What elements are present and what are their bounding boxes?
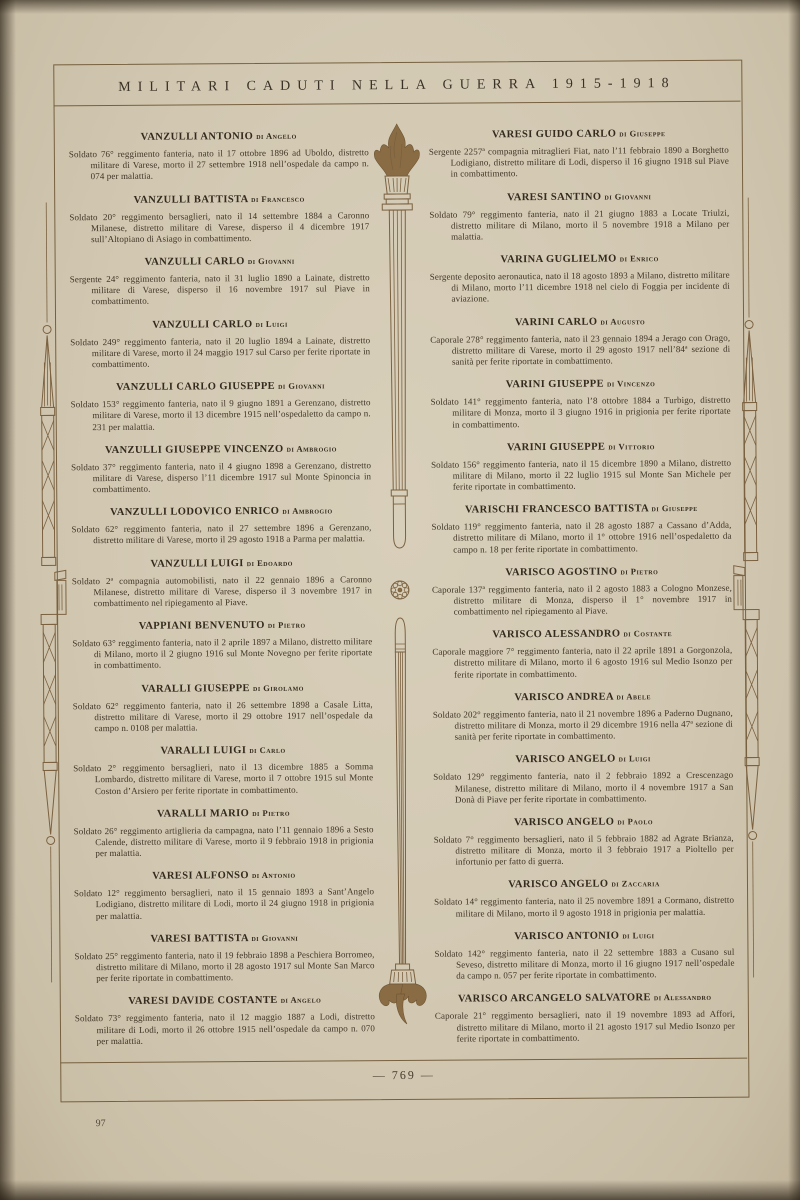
soldier-name: VARISCHI FRANCESCO BATTISTA: [465, 503, 652, 515]
soldier-name: VARESI DAVIDE COSTANTE: [128, 995, 281, 1007]
soldier-name-heading: VANZULLI LUIGI di Edoardo: [72, 557, 372, 571]
soldier-record-text: Soldato 7° reggimento bersaglieri, nato …: [434, 833, 734, 869]
soldier-name-heading: VARINI GIUSEPPE di Vincenzo: [430, 378, 730, 392]
patronymic: di Pietro: [620, 566, 658, 576]
soldier-name-heading: VARESI BATTISTA di Giovanni: [74, 932, 374, 946]
soldier-record-text: Sergente deposito aeronautica, nato il 1…: [430, 270, 730, 306]
patronymic: di Ambrogio: [282, 506, 332, 516]
soldier-entry: VARISCO ARCANGELO SALVATORE di Alessandr…: [435, 992, 735, 1045]
soldier-entry: VARISCO ANTONIO di Luigi Soldato 142° re…: [434, 929, 734, 982]
patronymic: di Luigi: [622, 930, 654, 940]
soldier-record-text: Soldato 119° reggimento fanteria, nato i…: [431, 520, 731, 556]
soldier-name: VARALLI GIUSEPPE: [141, 683, 253, 695]
patronymic: di Antonio: [252, 870, 296, 880]
soldier-entry: VANZULLI BATTISTA di Francesco Soldato 2…: [69, 193, 369, 246]
patronymic: di Giovanni: [604, 191, 651, 201]
soldier-entry: VARESI DAVIDE COSTANTE di Angelo Soldato…: [75, 994, 375, 1047]
soldier-name-heading: VARESI GUIDO CARLO di Giuseppe: [429, 128, 729, 142]
soldier-entry: VANZULLI CARLO di Giovanni Sergente 24° …: [70, 255, 370, 308]
soldier-record-text: Soldato 142° reggimento fanteria, nato i…: [434, 946, 734, 982]
soldier-name: VARINI GIUSEPPE: [506, 379, 607, 391]
soldier-name: VARISCO ANGELO: [515, 754, 618, 766]
soldier-entry: VARALLI GIUSEPPE di Girolamo Soldato 62°…: [73, 682, 373, 735]
soldier-name-heading: VANZULLI CARLO di Luigi: [70, 318, 370, 332]
soldier-name-heading: VARISCO ANGELO di Paolo: [434, 816, 734, 830]
patronymic: di Pietro: [268, 620, 306, 630]
patronymic: di Augusto: [600, 316, 645, 326]
soldier-entry: VAPPIANI BENVENUTO di Pietro Soldato 63°…: [72, 619, 372, 672]
soldier-name-heading: VARESI DAVIDE COSTANTE di Angelo: [75, 994, 375, 1008]
patronymic: di Giovanni: [251, 932, 298, 942]
soldier-entry: VARINI CARLO di Augusto Caporale 278° re…: [430, 315, 730, 368]
soldier-name: VARESI ALFONSO: [152, 870, 252, 882]
fasces-pole-ornament-right: [729, 197, 774, 977]
soldier-name: VARISCO ANGELO: [514, 816, 617, 828]
soldier-record-text: Soldato 37° reggimento fanteria, nato il…: [71, 460, 371, 496]
soldier-entry: VARISCO ANDREA di Abele Soldato 202° reg…: [433, 690, 733, 743]
soldier-record-text: Soldato 141° reggimento fanteria, nato l…: [431, 395, 731, 431]
soldier-entry: VARISCO ANGELO di Paolo Soldato 7° reggi…: [434, 816, 734, 869]
soldier-name-heading: VARISCO ANDREA di Abele: [433, 690, 733, 704]
soldier-record-text: Soldato 14° reggimento fanteria, nato il…: [434, 895, 734, 919]
soldier-name: VANZULLI LUIGI: [150, 558, 246, 570]
soldier-entry: VARESI GUIDO CARLO di Giuseppe Sergente …: [429, 128, 729, 181]
soldier-record-text: Soldato 12° reggimento bersaglieri, nato…: [74, 886, 374, 922]
soldier-name-heading: VARISCO ALESSANDRO di Costante: [432, 628, 732, 642]
soldier-name: VARISCO ARCANGELO SALVATORE: [458, 993, 654, 1005]
soldier-record-text: Caporale 137ª reggimento fanteria, nato …: [432, 582, 732, 618]
patronymic: di Francesco: [251, 193, 305, 203]
fasces-pole-ornament-left: [25, 202, 70, 982]
soldier-name: VARALLI LUIGI: [160, 745, 249, 757]
soldier-name-heading: VANZULLI LODOVICO ENRICO di Ambrogio: [71, 505, 371, 519]
patronymic: di Enrico: [620, 253, 659, 263]
soldier-entry: VARISCO ALESSANDRO di Costante Caporale …: [432, 628, 732, 681]
soldier-record-text: Caporale maggiore 7° reggimento fanteria…: [432, 645, 732, 681]
soldier-name-heading: VANZULLI CARLO di Giovanni: [70, 255, 370, 269]
soldier-record-text: Soldato 156° reggimento fanteria, nato i…: [431, 457, 731, 493]
soldier-record-text: Soldato 62° reggimento fanteria, nato il…: [73, 699, 373, 735]
soldier-entry: VARESI SANTINO di Giovanni Soldato 79° r…: [429, 190, 729, 243]
patronymic: di Costante: [623, 628, 672, 638]
soldier-record-text: Soldato 129° reggimento fanteria, nato i…: [433, 770, 733, 806]
soldier-record-text: Soldato 76° reggimento fanteria, nato il…: [69, 147, 369, 183]
soldier-name: VARINI CARLO: [515, 316, 601, 328]
soldier-record-text: Soldato 2ª compagnia automobilisti, nato…: [72, 574, 372, 610]
patronymic: di Edoardo: [247, 557, 293, 567]
soldier-name: VANZULLI CARLO: [145, 256, 248, 268]
soldier-record-text: Soldato 26° reggimento artiglieria da ca…: [74, 824, 374, 860]
soldier-record-text: Soldato 2° reggimento bersaglieri, nato …: [73, 761, 373, 797]
patronymic: di Luigi: [256, 318, 288, 328]
patronymic: di Giuseppe: [619, 128, 665, 138]
soldier-name-heading: VARESI SANTINO di Giovanni: [429, 190, 729, 204]
torch-column-ornament: [369, 122, 431, 1042]
soldier-name: VANZULLI CARLO: [152, 319, 255, 331]
soldier-name: VANZULLI BATTISTA: [134, 194, 252, 206]
soldier-name-heading: VAPPIANI BENVENUTO di Pietro: [72, 619, 372, 633]
soldier-entry: VARISCO AGOSTINO di Pietro Caporale 137ª…: [432, 565, 732, 618]
patronymic: di Ambrogio: [287, 443, 337, 453]
soldier-entry: VANZULLI CARLO GIUSEPPE di Giovanni Sold…: [70, 380, 370, 433]
soldier-record-text: Soldato 153° reggimento fanteria, nato i…: [71, 397, 371, 433]
soldier-entry: VANZULLI LODOVICO ENRICO di Ambrogio Sol…: [71, 505, 371, 546]
soldier-entry: VANZULLI GIUSEPPE VINCENZO di Ambrogio S…: [71, 443, 371, 496]
soldier-name-heading: VARINA GUGLIELMO di Enrico: [430, 253, 730, 267]
soldier-entry: VARISCHI FRANCESCO BATTISTA di Giuseppe …: [431, 503, 731, 556]
soldier-name: VANZULLI CARLO GIUSEPPE: [116, 381, 278, 393]
soldier-name-heading: VARALLI MARIO di Pietro: [73, 807, 373, 821]
patronymic: di Giovanni: [248, 256, 295, 266]
soldier-record-text: Caporale 278° reggimento fanteria, nato …: [430, 332, 730, 368]
soldier-record-text: Soldato 249° reggimento fanteria, nato i…: [70, 335, 370, 371]
soldier-name-heading: VARISCO ANTONIO di Luigi: [434, 929, 734, 943]
patronymic: di Paolo: [617, 816, 653, 826]
soldier-name: VARISCO ANTONIO: [514, 930, 622, 942]
soldier-entry: VANZULLI CARLO di Luigi Soldato 249° reg…: [70, 318, 370, 371]
soldier-record-text: Soldato 20° reggimento bersaglieri, nato…: [69, 210, 369, 246]
soldier-record-text: Soldato 202° reggimento fanteria, nato i…: [433, 708, 733, 744]
soldier-record-text: Soldato 62° reggimento fanteria, nato il…: [71, 522, 371, 546]
right-column: VARESI GUIDO CARLO di Giuseppe Sergente …: [429, 128, 735, 1057]
soldier-name: VARISCO ANDREA: [514, 691, 616, 703]
soldier-name: VARESI BATTISTA: [150, 933, 251, 945]
soldier-name: VARISCO ANGELO: [508, 879, 611, 891]
soldier-name-heading: VARINI GIUSEPPE di Vittorio: [431, 440, 731, 454]
patronymic: di Abele: [616, 691, 651, 701]
patronymic: di Carlo: [249, 745, 285, 755]
soldier-record-text: Soldato 63° reggimento fanteria, nato il…: [72, 636, 372, 672]
soldier-name: VANZULLI GIUSEPPE VINCENZO: [105, 443, 287, 455]
soldier-entry: VARISCO ANGELO di Zaccaria Soldato 14° r…: [434, 878, 734, 919]
soldier-name-heading: VARINI CARLO di Augusto: [430, 315, 730, 329]
page-sheet: MILITARI CADUTI NELLA GUERRA 1915-1918 V…: [0, 0, 800, 1200]
soldier-name: VARINI GIUSEPPE: [507, 441, 608, 453]
patronymic: di Vittorio: [608, 441, 655, 451]
patronymic: di Angelo: [281, 995, 322, 1005]
patronymic: di Girolamo: [253, 682, 304, 692]
soldier-record-text: Sergente 2257ª compagnia mitraglieri Fia…: [429, 145, 729, 181]
left-column: VANZULLI ANTONIO di Angelo Soldato 76° r…: [69, 130, 375, 1056]
scanned-page: MILITARI CADUTI NELLA GUERRA 1915-1918 V…: [0, 0, 800, 1200]
soldier-record-text: Soldato 73° reggimento fanteria, nato il…: [75, 1012, 375, 1048]
soldier-name: VANZULLI LODOVICO ENRICO: [110, 506, 282, 518]
patronymic: di Vincenzo: [607, 378, 655, 388]
patronymic: di Angelo: [256, 131, 297, 141]
soldier-name: VARALLI MARIO: [157, 808, 252, 820]
soldier-entry: VARINI GIUSEPPE di Vincenzo Soldato 141°…: [430, 378, 730, 431]
patronymic: di Giuseppe: [651, 503, 697, 513]
soldier-name-heading: VARISCO ANGELO di Zaccaria: [434, 878, 734, 892]
soldier-entry: VANZULLI LUIGI di Edoardo Soldato 2ª com…: [72, 557, 372, 610]
soldier-name-heading: VANZULLI BATTISTA di Francesco: [69, 193, 369, 207]
soldier-record-text: Caporale 21° reggimento bersaglieri, nat…: [435, 1009, 735, 1045]
signature-number: 97: [96, 1118, 106, 1129]
soldier-name: VARISCO ALESSANDRO: [492, 629, 623, 641]
soldier-name-heading: VARISCO AGOSTINO di Pietro: [432, 565, 732, 579]
soldier-entry: VARESI BATTISTA di Giovanni Soldato 25° …: [74, 932, 374, 985]
patronymic: di Luigi: [619, 754, 651, 764]
soldier-entry: VANZULLI ANTONIO di Angelo Soldato 76° r…: [69, 130, 369, 183]
soldier-name-heading: VANZULLI GIUSEPPE VINCENZO di Ambrogio: [71, 443, 371, 457]
soldier-name-heading: VARISCHI FRANCESCO BATTISTA di Giuseppe: [431, 503, 731, 517]
soldier-name: VANZULLI ANTONIO: [141, 131, 257, 143]
patronymic: di Zaccaria: [611, 879, 659, 889]
soldier-name: VAPPIANI BENVENUTO: [139, 620, 268, 632]
soldier-name-heading: VANZULLI ANTONIO di Angelo: [69, 130, 369, 144]
patronymic: di Pietro: [252, 807, 290, 817]
soldier-entry: VARINI GIUSEPPE di Vittorio Soldato 156°…: [431, 440, 731, 493]
soldier-entry: VARINA GUGLIELMO di Enrico Sergente depo…: [430, 253, 730, 306]
soldier-name: VARESI SANTINO: [507, 191, 604, 203]
patronymic: di Alessandro: [654, 992, 712, 1002]
soldier-entry: VARISCO ANGELO di Luigi Soldato 129° reg…: [433, 753, 733, 806]
soldier-entry: VARESI ALFONSO di Antonio Soldato 12° re…: [74, 869, 374, 922]
soldier-name-heading: VARESI ALFONSO di Antonio: [74, 869, 374, 883]
soldier-name-heading: VARISCO ARCANGELO SALVATORE di Alessandr…: [435, 992, 735, 1006]
soldier-name: VARINA GUGLIELMO: [500, 254, 619, 266]
soldier-record-text: Soldato 25° reggimento fanteria, nato il…: [74, 949, 374, 985]
soldier-entry: VARALLI MARIO di Pietro Soldato 26° regg…: [73, 807, 373, 860]
soldier-record-text: Sergente 24° reggimento fanteria, nato i…: [70, 272, 370, 308]
soldier-name-heading: VARALLI GIUSEPPE di Girolamo: [73, 682, 373, 696]
soldier-name: VARESI GUIDO CARLO: [492, 128, 619, 140]
soldier-name-heading: VARISCO ANGELO di Luigi: [433, 753, 733, 767]
patronymic: di Giovanni: [278, 381, 325, 391]
soldier-record-text: Soldato 79° reggimento fanteria, nato il…: [429, 207, 729, 243]
soldier-entry: VARALLI LUIGI di Carlo Soldato 2° reggim…: [73, 744, 373, 797]
soldier-name: VARISCO AGOSTINO: [505, 566, 620, 578]
soldier-name-heading: VARALLI LUIGI di Carlo: [73, 744, 373, 758]
soldier-name-heading: VANZULLI CARLO GIUSEPPE di Giovanni: [70, 380, 370, 394]
